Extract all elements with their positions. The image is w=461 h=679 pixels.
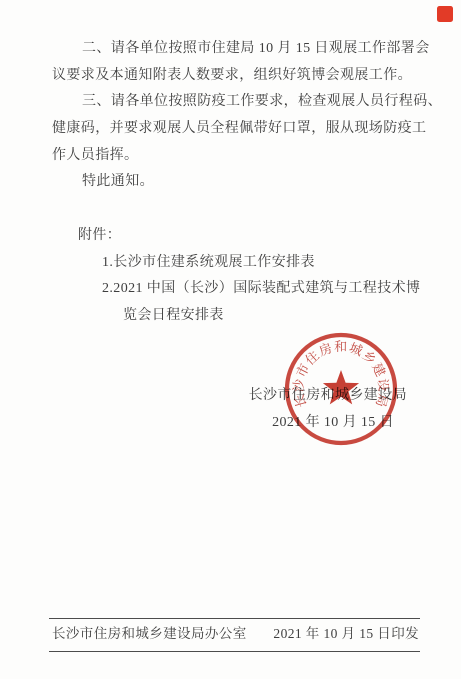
footer-office: 长沙市住房和城乡建设局办公室 — [52, 626, 247, 642]
body-line: 三、请各单位按照防疫工作要求，检查观展人员行程码、 — [52, 89, 422, 116]
body-line: 二、请各单位按照市住建局 10 月 15 日观展工作部署会 — [52, 36, 422, 63]
body-line: 议要求及本通知附表人数要求，组织好筑博会观展工作。 — [52, 63, 422, 90]
footer-divider-top — [49, 618, 420, 619]
body-line-closing: 特此通知。 — [52, 169, 422, 196]
body-line: 作人员指挥。 — [52, 143, 422, 170]
official-seal: 长沙市住房和城乡建设局 — [271, 319, 411, 459]
scanned-notice-page: 二、请各单位按照市住建局 10 月 15 日观展工作部署会 议要求及本通知附表人… — [0, 0, 461, 679]
footer: 长沙市住房和城乡建设局办公室 2021 年 10 月 15 日印发 — [52, 626, 419, 642]
attachment-item: 2.2021 中国（长沙）国际装配式建筑与工程技术博 — [52, 276, 422, 303]
attachments-label: 附件： — [52, 223, 422, 250]
attachment-item: 1.长沙市住建系统观展工作安排表 — [52, 250, 422, 277]
footer-divider-bottom — [49, 651, 420, 652]
seal-star-icon — [323, 370, 359, 404]
red-corner-mark — [437, 6, 453, 22]
footer-issue-date: 2021 年 10 月 15 日印发 — [273, 626, 419, 642]
body-line: 健康码，并要求观展人员全程佩带好口罩，服从现场防疫工 — [52, 116, 422, 143]
spacer — [52, 196, 422, 223]
